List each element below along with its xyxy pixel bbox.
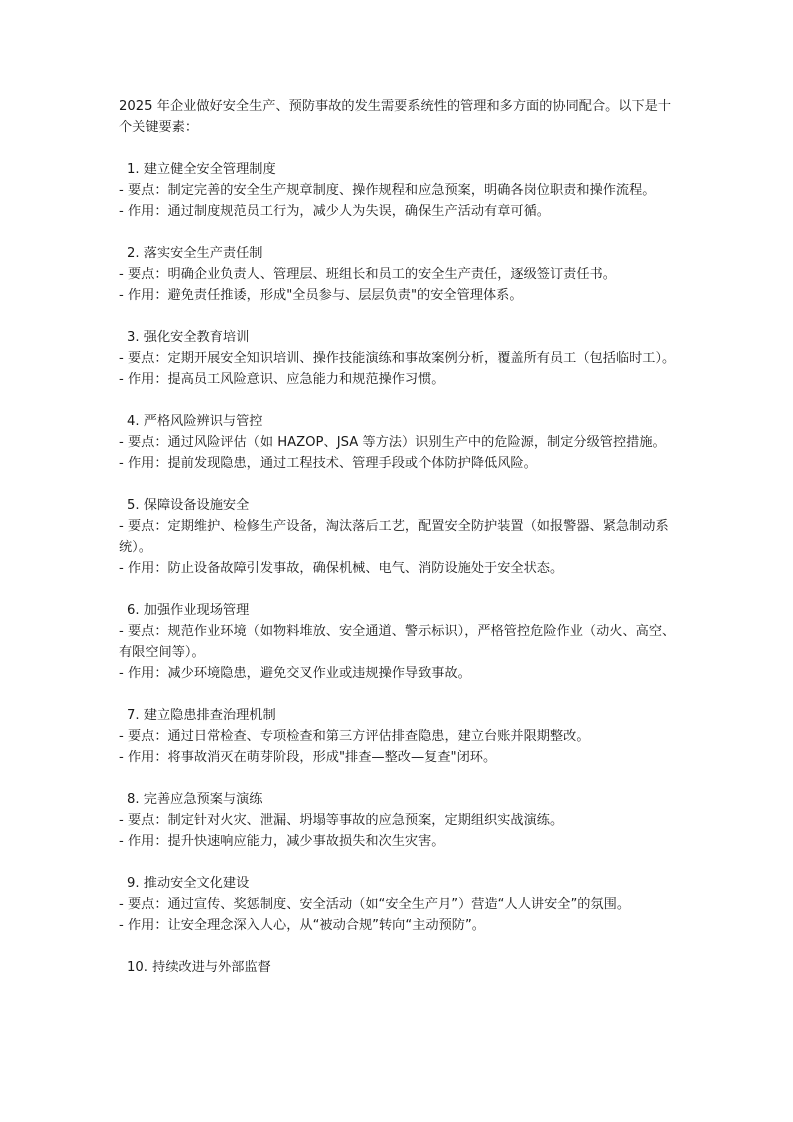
section-8: 8. 完善应急预案与演练 - 要点：制定针对火灾、泄漏、坍塌等事故的应急预案，定… bbox=[119, 789, 679, 852]
section-title: 10. 持续改进与外部监督 bbox=[119, 957, 679, 978]
key-point: - 要点：通过日常检查、专项检查和第三方评估排查隐患，建立台账并限期整改。 bbox=[119, 726, 679, 747]
section-title: 4. 严格风险辨识与管控 bbox=[119, 411, 679, 432]
section-9: 9. 推动安全文化建设 - 要点：通过宣传、奖惩制度、安全活动（如“安全生产月”… bbox=[119, 873, 679, 936]
effect: - 作用：将事故消灭在萌芽阶段，形成"排查—整改—复查"闭环。 bbox=[119, 747, 679, 768]
effect: - 作用：提高员工风险意识、应急能力和规范操作习惯。 bbox=[119, 369, 679, 390]
key-point: - 要点：定期维护、检修生产设备，淘汰落后工艺，配置安全防护装置（如报警器、紧急… bbox=[119, 516, 679, 558]
effect: - 作用：避免责任推诿，形成"全员参与、层层负责"的安全管理体系。 bbox=[119, 285, 679, 306]
section-4: 4. 严格风险辨识与管控 - 要点：通过风险评估（如 HAZOP、JSA 等方法… bbox=[119, 411, 679, 474]
key-point: - 要点：明确企业负责人、管理层、班组长和员工的安全生产责任，逐级签订责任书。 bbox=[119, 264, 679, 285]
key-point: - 要点：规范作业环境（如物料堆放、安全通道、警示标识），严格管控危险作业（动火… bbox=[119, 621, 679, 663]
section-7: 7. 建立隐患排查治理机制 - 要点：通过日常检查、专项检查和第三方评估排查隐患… bbox=[119, 705, 679, 768]
section-3: 3. 强化安全教育培训 - 要点：定期开展安全知识培训、操作技能演练和事故案例分… bbox=[119, 327, 679, 390]
key-point: - 要点：制定针对火灾、泄漏、坍塌等事故的应急预案，定期组织实战演练。 bbox=[119, 810, 679, 831]
effect: - 作用：防止设备故障引发事故，确保机械、电气、消防设施处于安全状态。 bbox=[119, 558, 679, 579]
intro-paragraph: 2025 年企业做好安全生产、预防事故的发生需要系统性的管理和多方面的协同配合。… bbox=[119, 96, 679, 138]
section-title: 1. 建立健全安全管理制度 bbox=[119, 159, 679, 180]
section-2: 2. 落实安全生产责任制 - 要点：明确企业负责人、管理层、班组长和员工的安全生… bbox=[119, 243, 679, 306]
section-6: 6. 加强作业现场管理 - 要点：规范作业环境（如物料堆放、安全通道、警示标识）… bbox=[119, 600, 679, 684]
section-10: 10. 持续改进与外部监督 bbox=[119, 957, 679, 978]
key-point: - 要点：制定完善的安全生产规章制度、操作规程和应急预案，明确各岗位职责和操作流… bbox=[119, 180, 679, 201]
section-title: 3. 强化安全教育培训 bbox=[119, 327, 679, 348]
effect: - 作用：让安全理念深入人心，从“被动合规”转向“主动预防”。 bbox=[119, 915, 679, 936]
effect: - 作用：提前发现隐患，通过工程技术、管理手段或个体防护降低风险。 bbox=[119, 453, 679, 474]
document-page: 2025 年企业做好安全生产、预防事故的发生需要系统性的管理和多方面的协同配合。… bbox=[119, 96, 679, 999]
key-point: - 要点：通过风险评估（如 HAZOP、JSA 等方法）识别生产中的危险源，制定… bbox=[119, 432, 679, 453]
effect: - 作用：减少环境隐患，避免交叉作业或违规操作导致事故。 bbox=[119, 663, 679, 684]
section-title: 8. 完善应急预案与演练 bbox=[119, 789, 679, 810]
key-point: - 要点：定期开展安全知识培训、操作技能演练和事故案例分析，覆盖所有员工（包括临… bbox=[119, 348, 679, 369]
section-title: 7. 建立隐患排查治理机制 bbox=[119, 705, 679, 726]
section-1: 1. 建立健全安全管理制度 - 要点：制定完善的安全生产规章制度、操作规程和应急… bbox=[119, 159, 679, 222]
section-title: 6. 加强作业现场管理 bbox=[119, 600, 679, 621]
key-point: - 要点：通过宣传、奖惩制度、安全活动（如“安全生产月”）营造“人人讲安全”的氛… bbox=[119, 894, 679, 915]
section-title: 9. 推动安全文化建设 bbox=[119, 873, 679, 894]
effect: - 作用：提升快速响应能力，减少事故损失和次生灾害。 bbox=[119, 831, 679, 852]
section-5: 5. 保障设备设施安全 - 要点：定期维护、检修生产设备，淘汰落后工艺，配置安全… bbox=[119, 495, 679, 579]
section-title: 5. 保障设备设施安全 bbox=[119, 495, 679, 516]
effect: - 作用：通过制度规范员工行为，减少人为失误，确保生产活动有章可循。 bbox=[119, 201, 679, 222]
section-title: 2. 落实安全生产责任制 bbox=[119, 243, 679, 264]
